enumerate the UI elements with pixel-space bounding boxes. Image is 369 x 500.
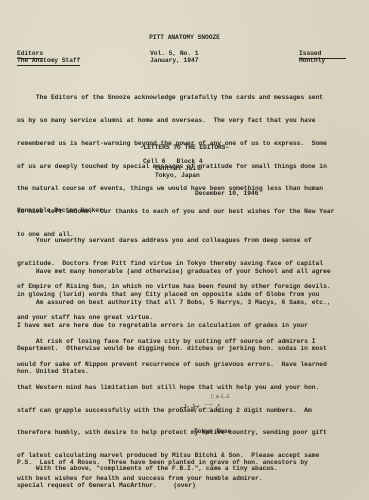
newsletter-page: PITT ANATOMY SNOOZE Editors The Anatomy … bbox=[0, 0, 369, 500]
abacus-note: With the above, "compliments of the F.B.… bbox=[17, 465, 357, 473]
text-line: therefore humbly, with desire to help pr… bbox=[17, 429, 357, 437]
text-line: Your unworthy servant dares address you … bbox=[17, 237, 357, 245]
letters-heading: -LETTERS TO THE EDITORS- bbox=[0, 144, 369, 152]
signature-annotation: じゅんぷ bbox=[210, 393, 230, 400]
text-line: us by so many service alumni at home and… bbox=[17, 117, 357, 125]
text-line: that Western mind has limitation but sti… bbox=[17, 384, 357, 392]
issue-date: January, 1947 bbox=[150, 57, 198, 65]
text-line: Have met many honorable (and otherwise) … bbox=[17, 268, 357, 276]
signed-name: Tokyo Rose. bbox=[194, 428, 235, 436]
masthead-title: PITT ANATOMY SNOOZE bbox=[0, 34, 369, 42]
signature-glyphs: ナヤ 三く bbox=[180, 400, 223, 415]
text-line: At risk of losing face for native city b… bbox=[17, 338, 357, 346]
handwritten-signature: じゅんぷ ナヤ 三く bbox=[180, 393, 230, 418]
text-line: The Editors of the Snooze acknowledge gr… bbox=[17, 94, 357, 102]
letter-date: December 10, 1946 bbox=[195, 190, 258, 198]
issued-value: Monthly bbox=[299, 57, 325, 65]
salutation: Honorable Doctor Hooker: bbox=[17, 207, 107, 215]
page-footer-over: (over) bbox=[0, 482, 369, 490]
text-line: Am assured on best authority that all 7 … bbox=[17, 299, 357, 307]
editors-value: The Anatomy Staff bbox=[17, 57, 80, 66]
text-line: would for sake of Nippon prevent recurre… bbox=[17, 361, 357, 369]
address-line-3: Tokyo, Japan bbox=[155, 172, 200, 180]
text-line: the natural course of events, things we … bbox=[17, 185, 357, 193]
